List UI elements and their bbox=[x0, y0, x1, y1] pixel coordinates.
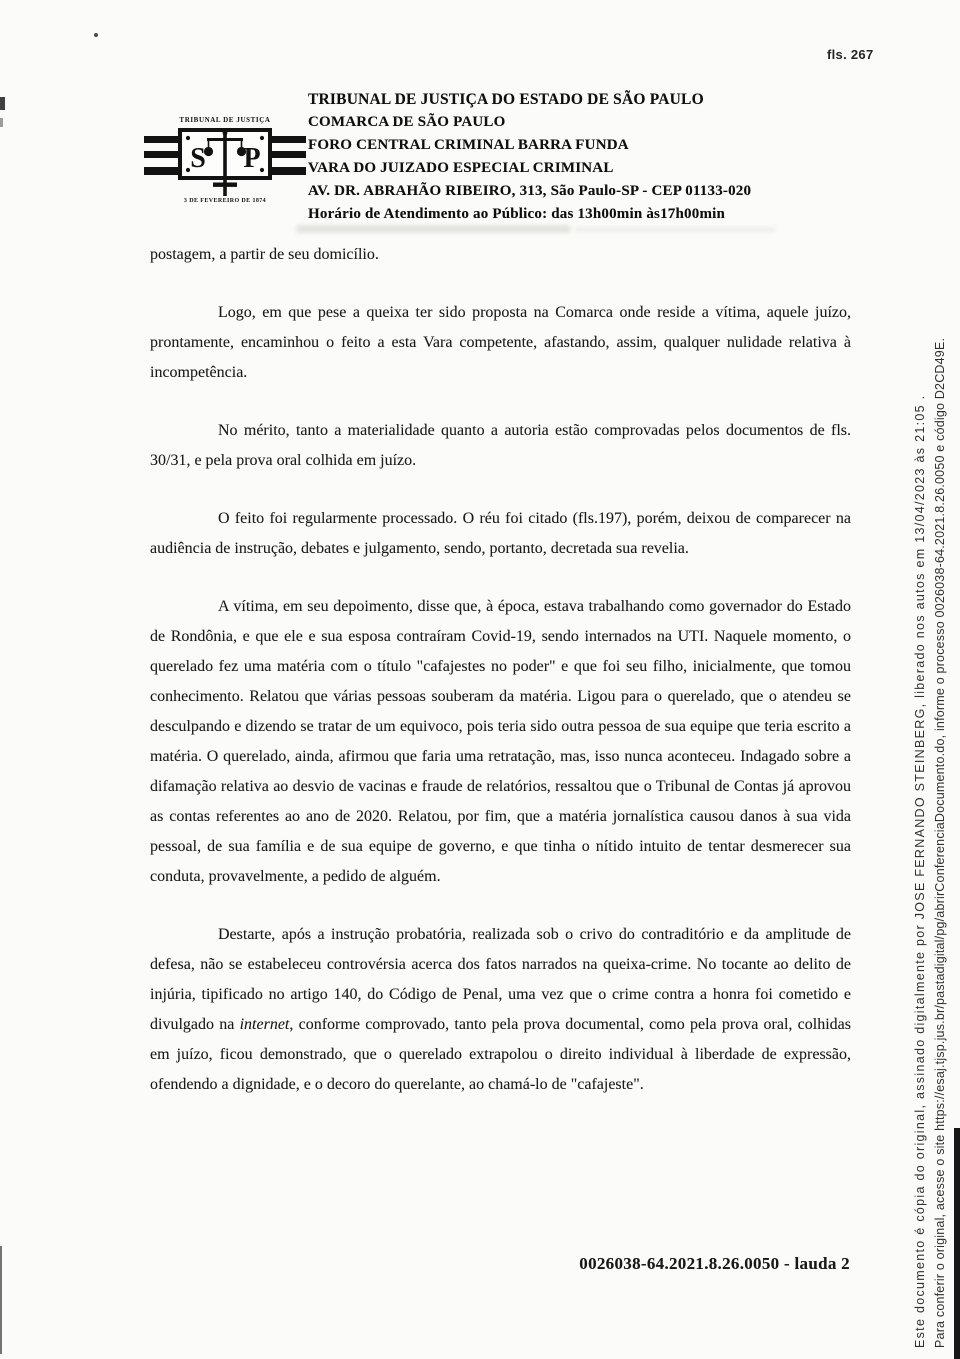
text-segment: A vítima, em seu depoimento, disse que, … bbox=[150, 598, 851, 885]
scan-artifact-speck bbox=[94, 33, 98, 37]
header-line-foro: FORO CENTRAL CRIMINAL BARRA FUNDA bbox=[308, 134, 751, 157]
document-page: fls. 267 TRIBUNAL DE JUSTIÇA S P bbox=[0, 0, 960, 1359]
header-line-comarca: COMARCA DE SÃO PAULO bbox=[308, 111, 751, 134]
logo-bar bbox=[144, 136, 180, 143]
signature-line: Este documento é cópia do original, assi… bbox=[910, 223, 930, 1348]
paragraph: Logo, em que pese a queixa ter sido prop… bbox=[150, 298, 851, 388]
paragraph: Destarte, após a instrução probatória, r… bbox=[150, 920, 851, 1100]
header-line-address: AV. DR. ABRAHÃO RIBEIRO, 313, São Paulo-… bbox=[308, 180, 751, 203]
scan-artifact-smudge bbox=[575, 227, 775, 232]
logo-letter-s: S bbox=[190, 143, 206, 174]
case-number-footer: 0026038-64.2021.8.26.0050 - lauda 2 bbox=[150, 1254, 850, 1274]
text-segment: O feito foi regularmente processado. O r… bbox=[150, 510, 851, 557]
logo-bar bbox=[144, 167, 180, 175]
folio-number: fls. 267 bbox=[827, 47, 873, 62]
header-line-court: TRIBUNAL DE JUSTIÇA DO ESTADO DE SÃO PAU… bbox=[308, 88, 751, 111]
document-body: postagem, a partir de seu domicílio.Logo… bbox=[150, 240, 851, 1128]
logo-top-caption: TRIBUNAL DE JUSTIÇA bbox=[179, 116, 270, 124]
scan-artifact-left-edge-mark bbox=[0, 118, 3, 127]
logo-bar bbox=[270, 151, 306, 158]
text-segment: Logo, em que pese a queixa ter sido prop… bbox=[150, 304, 851, 381]
logo-corner-dot bbox=[260, 136, 264, 140]
logo-bar bbox=[270, 136, 306, 143]
logo-bar bbox=[270, 167, 306, 175]
paragraph: postagem, a partir de seu domicílio. bbox=[150, 240, 851, 270]
logo-bottom-caption: 3 DE FEVEREIRO DE 1874 bbox=[184, 198, 266, 204]
logo-corner-dot bbox=[186, 136, 190, 140]
scan-artifact-left-edge-mark bbox=[0, 97, 5, 110]
header-line-hours: Horário de Atendimento ao Público: das 1… bbox=[308, 203, 751, 226]
paragraph: O feito foi regularmente processado. O r… bbox=[150, 504, 851, 564]
verification-line: Para conferir o original, acesse o site … bbox=[930, 223, 950, 1348]
paragraph: A vítima, em seu depoimento, disse que, … bbox=[150, 592, 851, 892]
logo-letter-p: P bbox=[243, 143, 260, 174]
paragraph: No mérito, tanto a materialidade quanto … bbox=[150, 416, 851, 476]
text-segment: No mérito, tanto a materialidade quanto … bbox=[150, 422, 851, 469]
logo-bar bbox=[144, 151, 180, 158]
digital-signature-side-note: Este documento é cópia do original, assi… bbox=[910, 223, 950, 1348]
text-segment: postagem, a partir de seu domicílio. bbox=[150, 246, 379, 263]
scan-artifact-right-edge-bar bbox=[954, 1128, 960, 1359]
italic-text-segment: internet bbox=[240, 1016, 290, 1033]
scan-artifact-left-edge-line bbox=[0, 1246, 2, 1354]
sword-cross-icon bbox=[213, 178, 237, 196]
scan-artifact-smudge bbox=[296, 225, 571, 233]
court-header: TRIBUNAL DE JUSTIÇA DO ESTADO DE SÃO PAU… bbox=[308, 88, 751, 226]
header-line-vara: VARA DO JUIZADO ESPECIAL CRIMINAL bbox=[308, 157, 751, 180]
tjsp-logo: TRIBUNAL DE JUSTIÇA S P bbox=[144, 112, 306, 204]
